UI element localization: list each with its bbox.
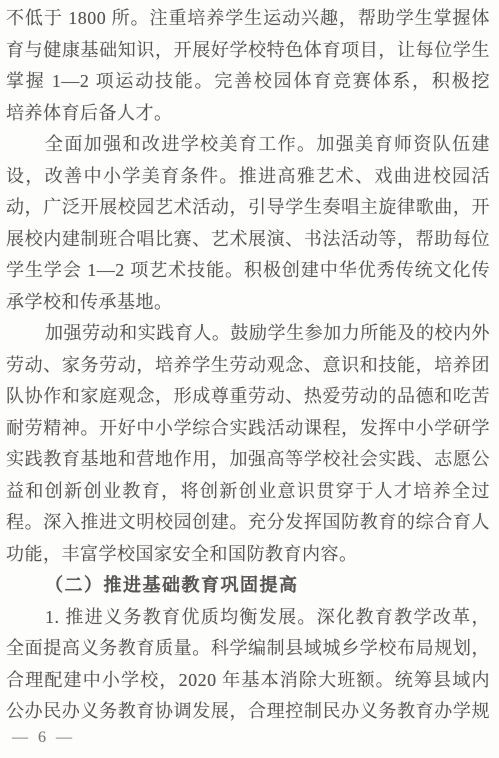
text-line: 功能，丰富学校国家安全和国防教育内容。	[6, 539, 490, 571]
text-line: 掌握 1—2 项运动技能。完善校园体育竞赛体系，积极挖掘、	[6, 66, 490, 98]
text-line: 劳动、家务劳动，培养学生劳动观念、意识和技能，培养团	[6, 350, 490, 382]
section-heading: （二）推进基础教育巩固提高	[6, 570, 490, 602]
text-line: 加强劳动和实践育人。鼓励学生参加力所能及的校内外	[6, 318, 490, 350]
text-line: 设，改善中小学美育条件。推进高雅艺术、戏曲进校园活	[6, 161, 490, 193]
body-text: 不低于 1800 所。注重培养学生运动兴趣，帮助学生掌握体育与健康基础知识，开展…	[6, 3, 490, 728]
text-line: 全面提高义务教育质量。科学编制县域城乡学校布局规划，	[6, 633, 490, 665]
text-line: 程。深入推进文明校园创建。充分发挥国防教育的综合育人	[6, 507, 490, 539]
document-page: 不低于 1800 所。注重培养学生运动兴趣，帮助学生掌握体育与健康基础知识，开展…	[0, 0, 499, 758]
text-line: 耐劳精神。开好中小学综合实践活动课程，发挥中小学研学	[6, 413, 490, 445]
text-line: 公办民办义务教育协调发展，合理控制民办义务教育办学规	[6, 696, 490, 728]
text-line: 益和创新创业教育，将创新创业意识贯穿于人才培养全过	[6, 476, 490, 508]
text-line: 全面加强和改进学校美育工作。加强美育师资队伍建	[6, 129, 490, 161]
text-line: 实践教育基地和营地作用，加强高等学校社会实践、志愿公	[6, 444, 490, 476]
text-line: 展校内建制班合唱比赛、艺术展演、书法活动等，帮助每位	[6, 224, 490, 256]
text-line: 育与健康基础知识，开展好学校特色体育项目，让每位学生	[6, 35, 490, 67]
text-line: 队协作和家庭观念，形成尊重劳动、热爱劳动的品德和吃苦	[6, 381, 490, 413]
text-line: 培养体育后备人才。	[6, 98, 490, 130]
text-line: 动，广泛开展校园艺术活动，引导学生奏唱主旋律歌曲，开	[6, 192, 490, 224]
text-line: 承学校和传承基地。	[6, 287, 490, 319]
page-number: — 6 —	[12, 726, 75, 750]
text-line: 不低于 1800 所。注重培养学生运动兴趣，帮助学生掌握体	[6, 3, 490, 35]
text-line: 合理配建中小学校，2020 年基本消除大班额。统筹县域内	[6, 665, 490, 697]
text-line: 1. 推进义务教育优质均衡发展。深化教育教学改革，	[6, 602, 490, 634]
text-line: 学生学会 1—2 项艺术技能。积极创建中华优秀传统文化传	[6, 255, 490, 287]
